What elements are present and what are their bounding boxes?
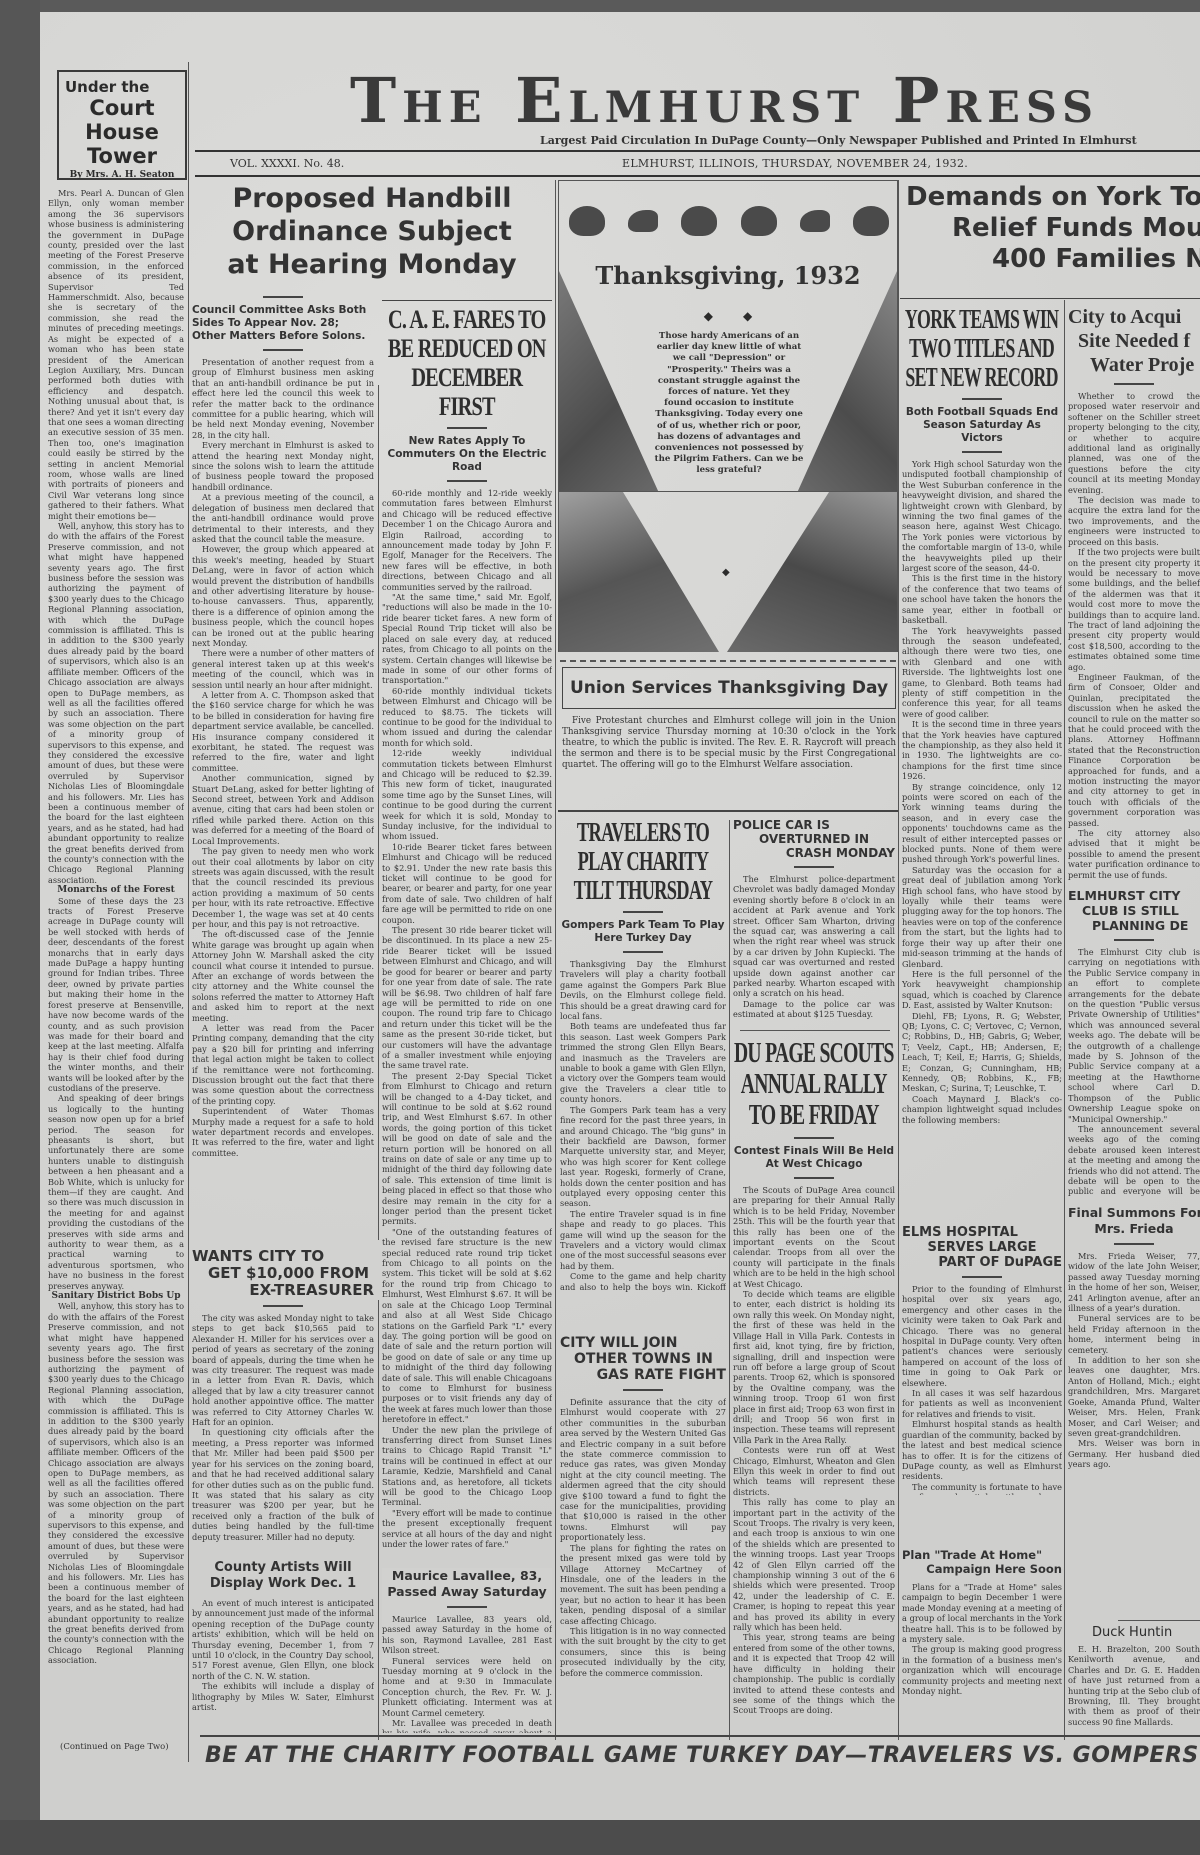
paragraph: Funeral services are to be held Friday a…: [1068, 1313, 1200, 1355]
paragraph: The Elmhurst City club is carrying on ne…: [1068, 947, 1200, 1124]
column-rule: [555, 180, 556, 1740]
headline-line: YORK TEAMS WIN: [902, 305, 1062, 334]
travelers-story: TRAVELERS TO PLAY CHARITY TILT THURSDAY …: [560, 818, 726, 1293]
headline-line: SERVES LARGE: [902, 1240, 1062, 1255]
lavallee-obituary: Maurice Lavallee, 83, Passed Away Saturd…: [382, 1568, 552, 1733]
headline-line: SET NEW RECORD: [902, 363, 1062, 392]
scan-border-left: [0, 0, 40, 1855]
rule: [962, 451, 1002, 453]
headline-line: POLICE CAR IS: [733, 818, 895, 832]
rule: [962, 398, 1002, 400]
column-rule: [378, 385, 379, 1240]
headline-line: Demands on York To: [900, 182, 1200, 213]
paragraph: 60-ride monthly and 12-ride weekly commu…: [382, 488, 552, 592]
police-car-story: POLICE CAR IS OVERTURNED IN CRASH MONDAY…: [733, 818, 895, 1038]
rule: [1114, 939, 1154, 941]
headline-line: GAS RATE FIGHT: [560, 1367, 726, 1383]
rule: [900, 298, 1200, 299]
water-project-story: City to Acqui Site Needed f Water Proje …: [1068, 305, 1200, 880]
paragraph: In addition to her son she leaves one da…: [1068, 1355, 1200, 1438]
paragraph: If the two projects were built on the pr…: [1068, 547, 1200, 672]
tagline: Largest Paid Circulation In DuPage Count…: [540, 134, 1137, 147]
headline-line: 400 Families No: [900, 244, 1200, 275]
union-services-box: Union Services Thanksgiving Day: [562, 667, 896, 709]
rule: [447, 427, 487, 429]
paragraph: Maurice Lavallee, 83 years old, passed a…: [382, 1614, 552, 1656]
turkey-icon: [800, 210, 830, 232]
paragraph: The York heavyweights passed through the…: [902, 626, 1062, 720]
rule: [447, 480, 487, 482]
paragraph: It is the second time in three years tha…: [902, 719, 1062, 781]
rule: [263, 296, 303, 298]
dateline: ELMHURST, ILLINOIS, THURSDAY, NOVEMBER 2…: [622, 157, 968, 170]
headline-line: CLUB IS STILL: [1068, 903, 1200, 918]
headline-line: Water Proje: [1068, 353, 1200, 377]
headline-line: PART OF DuPAGE: [902, 1255, 1062, 1270]
rule: [794, 1177, 834, 1179]
paragraph: Coach Maynard J. Black's co-champion lig…: [902, 1094, 1062, 1125]
rule: [1118, 1620, 1200, 1621]
ear-line-1: Under the: [65, 78, 179, 96]
paragraph: The oft-discussed case of the Jennie Whi…: [192, 929, 374, 1023]
rule: [794, 866, 834, 868]
paragraph: Mr. Lavallee was preceded in death by hi…: [382, 1718, 552, 1733]
paragraph: The city attorney also advised that it m…: [1068, 828, 1200, 880]
scouts-story: DU PAGE SCOUTS ANNUAL RALLY TO BE FRIDAY…: [733, 1038, 895, 1738]
headline-line: Maurice Lavallee, 83,: [382, 1568, 552, 1584]
elms-hospital-story: ELMS HOSPITAL SERVES LARGE PART OF DuPAG…: [902, 1225, 1062, 1495]
paragraph: E. H. Brazelton, 200 South Kenilworth av…: [1068, 1644, 1200, 1727]
headline-line: Campaign Here Soon: [902, 1562, 1062, 1576]
rule: [623, 911, 663, 913]
cae-deck: New Rates Apply To Commuters On the Elec…: [382, 435, 552, 474]
diamond-ornament-icon: ◆◆: [559, 309, 897, 323]
ear-byline: By Mrs. A. H. Seaton: [65, 170, 179, 180]
turkey-icon: [741, 206, 777, 236]
paragraph: There were a number of other matters of …: [192, 648, 374, 690]
thanksgiving-message: Those hardy Americans of an earlier day …: [654, 331, 804, 477]
paragraph: The exhibits will include a display of l…: [192, 1681, 374, 1712]
paragraph: Superintendent of Water Thomas Murphy ma…: [192, 1106, 374, 1158]
rule: [623, 1389, 663, 1391]
relief-headline: Demands on York To Relief Funds Moun 400…: [900, 182, 1200, 275]
paragraph: To decide which teams are eligible to en…: [733, 1289, 895, 1445]
paragraph: The plans for fighting the rates on the …: [560, 1543, 726, 1626]
rule: [558, 810, 898, 812]
headline-line: GET $10,000 FROM: [192, 1265, 374, 1282]
union-services-headline: Union Services Thanksgiving Day: [563, 668, 895, 708]
headline-line: Site Needed f: [1068, 329, 1200, 353]
handbill-headline: Proposed Handbill Ordinance Subject at H…: [192, 182, 552, 281]
rule: [263, 1305, 303, 1307]
folio-rule: [195, 175, 1200, 177]
headline-line: TWO TITLES AND: [902, 334, 1062, 363]
headline-line: at Hearing Monday: [192, 248, 552, 281]
headline-line: Final Summons For: [1068, 1205, 1200, 1221]
paragraph: Damage to the police car was estimated a…: [733, 999, 895, 1020]
paragraph: This year, strong teams are being entere…: [733, 1632, 895, 1715]
headline-line: EX-TREASURER: [192, 1282, 374, 1299]
headline-line: TO BE FRIDAY: [733, 1100, 895, 1131]
column-rule: [188, 62, 189, 1762]
paragraph: "One of the outstanding features of the …: [382, 1227, 552, 1425]
paragraph: Here is the full personnel of the York h…: [902, 969, 1062, 1011]
county-artists-story: County Artists Will Display Work Dec. 1 …: [192, 1560, 374, 1732]
headline-line: ANNUAL RALLY: [733, 1069, 895, 1100]
paragraph: "At the same time," said Mr. Egolf, "red…: [382, 592, 552, 686]
headline-line: OVERTURNED IN: [733, 832, 895, 846]
paragraph: However, the group which appeared at thi…: [192, 544, 374, 648]
trade-at-home-story: Plan "Trade At Home" Campaign Here Soon …: [902, 1548, 1062, 1733]
paragraph: Every merchant in Elmhurst is asked to a…: [192, 440, 374, 492]
thanksgiving-title: Thanksgiving, 1932: [559, 261, 897, 290]
rule: [740, 1030, 890, 1031]
continued-note: (Continued on Page Two): [60, 1742, 169, 1752]
rule: [1114, 1243, 1154, 1245]
colonial-illustration-left: [559, 271, 659, 492]
column-rule: [729, 820, 730, 1740]
paragraph: This rally has come to play an important…: [733, 1497, 895, 1632]
paragraph: Another communication, signed by Stuart …: [192, 773, 374, 846]
wavy-rule: [560, 660, 896, 662]
paragraph: Mrs. Weiser was born in Germany. Her hus…: [1068, 1438, 1200, 1469]
headline-line: ELMS HOSPITAL: [902, 1225, 1062, 1240]
headline-line: DU PAGE SCOUTS: [733, 1038, 895, 1069]
turkey-icon: [681, 206, 717, 236]
headline-line: OTHER TOWNS IN: [560, 1351, 726, 1367]
headline-line: CITY WILL JOIN: [560, 1335, 726, 1351]
scouts-deck: Contest Finals Will Be Held At West Chic…: [733, 1145, 895, 1171]
travelers-deck: Gompers Park Team To Play Here Turkey Da…: [560, 919, 726, 945]
paragraph: And speaking of deer brings us logically…: [48, 1093, 184, 1291]
headline-line: Display Work Dec. 1: [192, 1576, 374, 1592]
paragraph: Mrs. Pearl A. Duncan of Glen Ellyn, only…: [48, 188, 184, 521]
paragraph: The present 2-Day Special Ticket from El…: [382, 1071, 552, 1227]
diamond-ornament-icon: ◆: [722, 567, 730, 578]
ear-box-court-house-tower: Under the Court House Tower By Mrs. A. H…: [57, 70, 187, 180]
paragraph: Saturday was the occasion for a great de…: [902, 865, 1062, 969]
rule: [794, 1137, 834, 1139]
headline-line: County Artists Will: [192, 1560, 374, 1576]
volume-number: VOL. XXXXI. No. 48.: [230, 157, 344, 170]
turkey-icon: [853, 206, 889, 236]
paragraph: Come to the game and help charity and al…: [560, 1271, 726, 1293]
paragraph: York High school Saturday won the undisp…: [902, 459, 1062, 573]
paragraph: Well, anyhow, this story has to do with …: [48, 521, 184, 885]
rule: [382, 300, 552, 302]
thanksgiving-feature: Thanksgiving, 1932 ◆◆ Those hardy Americ…: [558, 180, 898, 492]
paragraph: The entire Traveler squad is in fine sha…: [560, 1209, 726, 1271]
paragraph: Whether to crowd the proposed water rese…: [1068, 391, 1200, 495]
turkey-icon: [628, 210, 658, 232]
ear-line-3: Tower: [65, 144, 179, 168]
rule: [1114, 383, 1154, 385]
headline-line: Ordinance Subject: [192, 215, 552, 248]
subhead: Monarchs of the Forest: [48, 885, 184, 895]
headline-line: C. A. E. FARES TO: [382, 305, 552, 334]
pilgrims-illustration: [727, 492, 897, 652]
headline-line: Mrs. Frieda: [1068, 1221, 1200, 1237]
wants-city-story: WANTS CITY TO GET $10,000 FROM EX-TREASU…: [192, 1248, 374, 1548]
paragraph: Contests were run off at West Chicago, E…: [733, 1445, 895, 1497]
paragraph: The announcement several weeks ago of th…: [1068, 1124, 1200, 1198]
paragraph: The community is fortunate to have as fi…: [902, 1482, 1062, 1495]
gas-rate-story: CITY WILL JOIN OTHER TOWNS IN GAS RATE F…: [560, 1335, 726, 1735]
cae-fares-story: C. A. E. FARES TO BE REDUCED ON DECEMBER…: [382, 305, 552, 1745]
paragraph: Some of these days the 23 tracts of Fore…: [48, 896, 184, 1094]
paragraph: "Every effort will be made to continue t…: [382, 1508, 552, 1550]
headline-line: Relief Funds Moun: [900, 213, 1200, 244]
paragraph: Presentation of another request from a g…: [192, 357, 374, 440]
ear-line-2: Court House: [65, 96, 179, 144]
paragraph: Thanksgiving Day the Elmhurst Travelers …: [560, 959, 726, 1021]
paragraph: Engineer Faukman, of the firm of Consoer…: [1068, 672, 1200, 828]
headline-line: ELMHURST CITY: [1068, 888, 1200, 903]
paragraph: 10-ride Bearer ticket fares between Elmh…: [382, 842, 552, 925]
paragraph: Diehl, FB; Lyons, R. G; Webster, QB; Lyo…: [902, 1011, 1062, 1094]
headline-line: PLANNING DE: [1068, 918, 1200, 933]
paragraph: Funeral services were held on Tuesday mo…: [382, 1656, 552, 1718]
column-rule: [378, 1300, 379, 1740]
headline-line: Plan "Trade At Home": [902, 1548, 1062, 1562]
york-deck: Both Football Squads End Season Saturday…: [902, 406, 1062, 445]
headline-line: BE REDUCED ON: [382, 334, 552, 363]
headline-line: Passed Away Saturday: [382, 1584, 552, 1600]
paragraph: The decision was made to acquire the ext…: [1068, 495, 1200, 547]
paragraph: At a previous meeting of the council, a …: [192, 492, 374, 544]
paragraph: Mrs. Frieda Weiser, 77, widow of the lat…: [1068, 1251, 1200, 1313]
folio-rule: [195, 150, 1200, 152]
paragraph: By strange coincidence, only 12 points w…: [902, 782, 1062, 865]
paragraph: The Elmhurst police-department Chevrolet…: [733, 874, 895, 999]
turkey-icon: [569, 206, 605, 236]
weiser-obituary: Final Summons For Mrs. Frieda Mrs. Fried…: [1068, 1205, 1200, 1580]
headline-line: WANTS CITY TO: [192, 1248, 374, 1265]
paragraph: Elmhurst hospital stands as health guard…: [902, 1419, 1062, 1481]
rule: [263, 349, 303, 351]
headline-line: DECEMBER FIRST: [382, 363, 552, 421]
paragraph: The group is making good progress in the…: [902, 1644, 1062, 1696]
headline-line: TILT THURSDAY: [560, 876, 726, 905]
paragraph: Under the new plan the privilege of tran…: [382, 1425, 552, 1508]
rule: [623, 951, 663, 953]
paragraph: An event of much interest is anticipated…: [192, 1598, 374, 1681]
york-teams-story: YORK TEAMS WIN TWO TITLES AND SET NEW RE…: [902, 305, 1062, 1125]
headline-line: TRAVELERS TO: [560, 818, 726, 847]
subhead: Sanitary District Bobs Up: [48, 1291, 184, 1301]
nameplate: The Elmhurst Press: [350, 64, 1200, 137]
handbill-story: Council Committee Asks Both Sides To App…: [192, 290, 374, 1240]
headline-line: PLAY CHARITY: [560, 847, 726, 876]
paragraph: In all cases it was self hazardous for p…: [902, 1388, 1062, 1419]
headline-line: Proposed Handbill: [192, 182, 552, 215]
court-house-tower-column: Mrs. Pearl A. Duncan of Glen Ellyn, only…: [48, 188, 184, 1733]
paragraph: Five Protestant churches and Elmhurst co…: [562, 716, 896, 771]
paragraph: Both teams are undefeated thus far this …: [560, 1021, 726, 1104]
union-services-story: Five Protestant churches and Elmhurst co…: [562, 716, 896, 806]
paragraph: 12-ride weekly individual commutation ti…: [382, 748, 552, 842]
paragraph: 60-ride monthly individual tickets betwe…: [382, 686, 552, 748]
paragraph: The Gompers Park team has a very fine re…: [560, 1105, 726, 1209]
charity-game-banner: BE AT THE CHARITY FOOTBALL GAME TURKEY D…: [205, 1743, 1200, 1768]
duck-hunting-headline: Duck Huntin: [1068, 1625, 1200, 1640]
paragraph: The present 30 ride bearer ticket will b…: [382, 925, 552, 1071]
paragraph: A letter from A. C. Thompson asked that …: [192, 690, 374, 773]
paragraph: The pay given to needy men who work out …: [192, 846, 374, 929]
city-club-story: ELMHURST CITY CLUB IS STILL PLANNING DE …: [1068, 888, 1200, 1198]
headline-line: CRASH MONDAY: [733, 846, 895, 860]
paragraph: In questioning city officials after the …: [192, 1427, 374, 1541]
turkey-border: [569, 201, 889, 241]
scan-border-bottom: [0, 1820, 1200, 1855]
paragraph: Definite assurance that the city of Elmh…: [560, 1397, 726, 1543]
handbill-deck: Council Committee Asks Both Sides To App…: [192, 304, 374, 343]
paragraph: Prior to the founding of Elmhurst hospit…: [902, 1284, 1062, 1388]
column-rule: [1064, 300, 1065, 1740]
headline-line: City to Acqui: [1068, 305, 1200, 329]
thanksgiving-illustrations: ◆: [558, 492, 898, 652]
paragraph: This is the first time in the history of…: [902, 573, 1062, 625]
banner-rule: [200, 1735, 1200, 1737]
paragraph: The city was asked Monday night to take …: [192, 1313, 374, 1427]
paragraph: The Scouts of DuPage Area council are pr…: [733, 1185, 895, 1289]
paragraph: This litigation is in no way connected w…: [560, 1626, 726, 1678]
rule: [447, 1606, 487, 1608]
colonial-illustration-right: [797, 271, 897, 492]
paragraph: Plans for a "Trade at Home" sales campai…: [902, 1582, 1062, 1644]
paragraph: A letter was read from the Pacer Printin…: [192, 1023, 374, 1106]
column-rule: [898, 180, 899, 1740]
spinning-wheel-illustration: [559, 492, 719, 652]
rule: [962, 1276, 1002, 1278]
duck-hunting-story: Duck Huntin E. H. Brazelton, 200 South K…: [1068, 1625, 1200, 1733]
paragraph: Well, anyhow, this story has to do with …: [48, 1301, 184, 1665]
